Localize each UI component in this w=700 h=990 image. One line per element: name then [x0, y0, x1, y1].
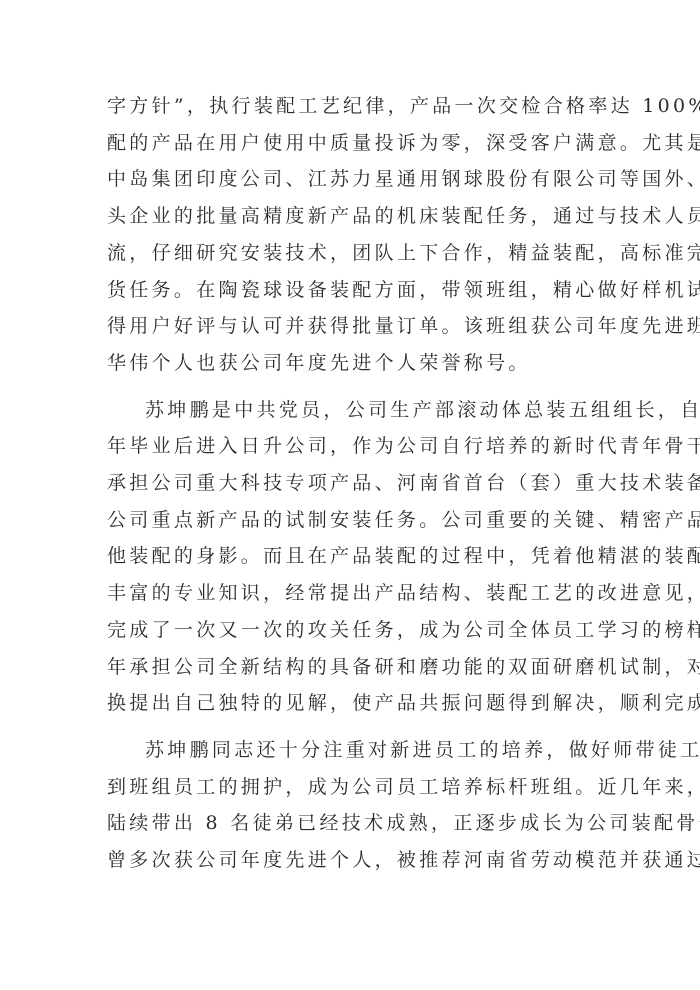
text-line: 字方针”，执行装配工艺纪律，产品一次交检合格率达 100%，小组装 — [107, 88, 595, 125]
text-line: 头企业的批量高精度新产品的机床装配任务，通过与技术人员认真交 — [107, 198, 595, 235]
text-line: 流，仔细研究安装技术，团队上下合作，精益装配，高标准完成的交 — [107, 235, 595, 272]
text-line: 公司重点新产品的试制安装任务。公司重要的关键、精密产品，都有 — [107, 502, 595, 539]
text-line: 苏坤鹏是中共党员，公司生产部滚动体总装五组组长，自 2008 — [107, 392, 595, 429]
text-line: 年承担公司全新结构的具备研和磨功能的双面研磨机试制，对加压转 — [107, 649, 595, 686]
text-line: 货任务。在陶瓷球设备装配方面，带领班组，精心做好样机试制，赢 — [107, 272, 595, 309]
text-line: 曾多次获公司年度先进个人，被推荐河南省劳动模范并获通过。 — [107, 842, 595, 879]
text-line: 到班组员工的拥护，成为公司员工培养标杆班组。近几年来，苏坤鹏 — [107, 769, 595, 806]
text-line: 华伟个人也获公司年度先进个人荣誉称号。 — [107, 345, 595, 382]
document-page: 字方针”，执行装配工艺纪律，产品一次交检合格率达 100%，小组装 配的产品在用… — [107, 88, 595, 889]
text-line: 换提出自己独特的见解，使产品共振问题得到解决，顺利完成试制。 — [107, 685, 595, 722]
text-line: 配的产品在用户使用中质量投诉为零，深受客户满意。尤其是针对椿 — [107, 125, 595, 162]
text-line: 陆续带出 8 名徒弟已经技术成熟，正逐步成长为公司装配骨干力量。 — [107, 805, 595, 842]
paragraph-3: 苏坤鹏同志还十分注重对新进员工的培养，做好师带徒工作。得 到班组员工的拥护，成为… — [107, 732, 595, 879]
text-line: 得用户好评与认可并获得批量订单。该班组获公司年度先进班组，勾 — [107, 308, 595, 345]
text-line: 苏坤鹏同志还十分注重对新进员工的培养，做好师带徒工作。得 — [107, 732, 595, 769]
text-line: 完成了一次又一次的攻关任务，成为公司全体员工学习的榜样。2023 — [107, 612, 595, 649]
text-line: 丰富的专业知识，经常提出产品结构、装配工艺的改进意见，圆满的 — [107, 575, 595, 612]
text-line: 承担公司重大科技专项产品、河南省首台（套）重大技术装备产品、 — [107, 465, 595, 502]
paragraph-1: 字方针”，执行装配工艺纪律，产品一次交检合格率达 100%，小组装 配的产品在用… — [107, 88, 595, 382]
text-line: 年毕业后进入日升公司，作为公司自行培养的新时代青年骨干，多次 — [107, 428, 595, 465]
text-line: 他装配的身影。而且在产品装配的过程中，凭着他精湛的装配经验和 — [107, 538, 595, 575]
text-line: 中岛集团印度公司、江苏力星通用钢球股份有限公司等国外、国内龙 — [107, 161, 595, 198]
paragraph-2: 苏坤鹏是中共党员，公司生产部滚动体总装五组组长，自 2008 年毕业后进入日升公… — [107, 392, 595, 722]
